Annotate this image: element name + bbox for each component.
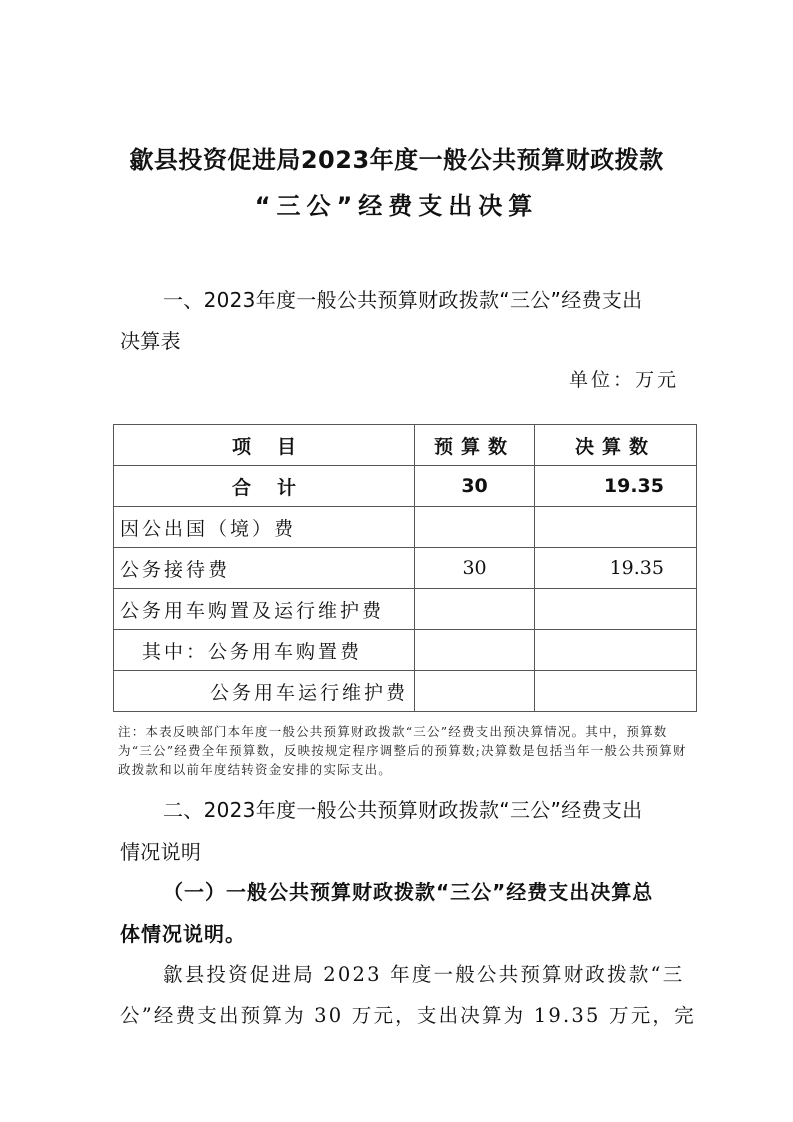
summary-paragraph-line1: 歙县投资促进局 2023 年度一般公共预算财政拨款“三: [163, 959, 684, 987]
row-label: 因公出国（境）费: [114, 507, 415, 548]
table-row: 其中：公务用车购置费: [114, 630, 697, 671]
table-row: 公务接待费 30 19.35: [114, 548, 697, 589]
budget-value: [415, 507, 535, 548]
table-row: 因公出国（境）费: [114, 507, 697, 548]
row-label: 合计: [114, 466, 415, 507]
row-label: 公务用车运行维护费: [114, 671, 415, 712]
summary-paragraph-line2: 公”经费支出预算为 30 万元，支出决算为 19.35 万元，完: [120, 1000, 696, 1028]
section2-heading: 二、2023年度一般公共预算财政拨款“三公”经费支出: [163, 794, 642, 823]
actual-value: [535, 630, 697, 671]
actual-value: 19.35: [535, 548, 697, 589]
budget-value: 30: [415, 466, 535, 507]
actual-value: [535, 589, 697, 630]
budget-value: [415, 589, 535, 630]
budget-value: [415, 630, 535, 671]
table-header-row: 项目 预算数 决算数: [114, 425, 697, 466]
actual-value: 19.35: [535, 466, 697, 507]
actual-value: [535, 671, 697, 712]
unit-label: 单位：万元: [569, 365, 679, 392]
section1-heading: 一、2023年度一般公共预算财政拨款“三公”经费支出: [163, 284, 642, 313]
table-row: 公务用车运行维护费: [114, 671, 697, 712]
table-row-total: 合计 30 19.35: [114, 466, 697, 507]
row-label: 公务用车购置及运行维护费: [114, 589, 415, 630]
header-budget: 预算数: [415, 425, 535, 466]
section2-heading-cont: 情况说明: [120, 836, 201, 865]
section2-subheading-cont: 体情况说明。: [120, 918, 246, 947]
section1-heading-cont: 决算表: [120, 325, 181, 354]
table-note: 注：本表反映部门本年度一般公共预算财政拨款“三公”经费支出预决算情况。其中，预算…: [118, 722, 696, 779]
document-title-line2: “三公”经费支出决算: [0, 186, 793, 221]
header-item: 项目: [114, 425, 415, 466]
table-row: 公务用车购置及运行维护费: [114, 589, 697, 630]
row-label: 公务接待费: [114, 548, 415, 589]
document-title-line1: 歙县投资促进局2023年度一般公共预算财政拨款: [0, 140, 793, 175]
budget-value: 30: [415, 548, 535, 589]
budget-value: [415, 671, 535, 712]
section2-subheading: （一）一般公共预算财政拨款“三公”经费支出决算总: [163, 876, 653, 905]
three-public-expense-table: 项目 预算数 决算数 合计 30 19.35 因公出国（境）费 公务接待费 30…: [113, 424, 697, 712]
header-actual: 决算数: [535, 425, 697, 466]
row-label: 其中：公务用车购置费: [114, 630, 415, 671]
actual-value: [535, 507, 697, 548]
